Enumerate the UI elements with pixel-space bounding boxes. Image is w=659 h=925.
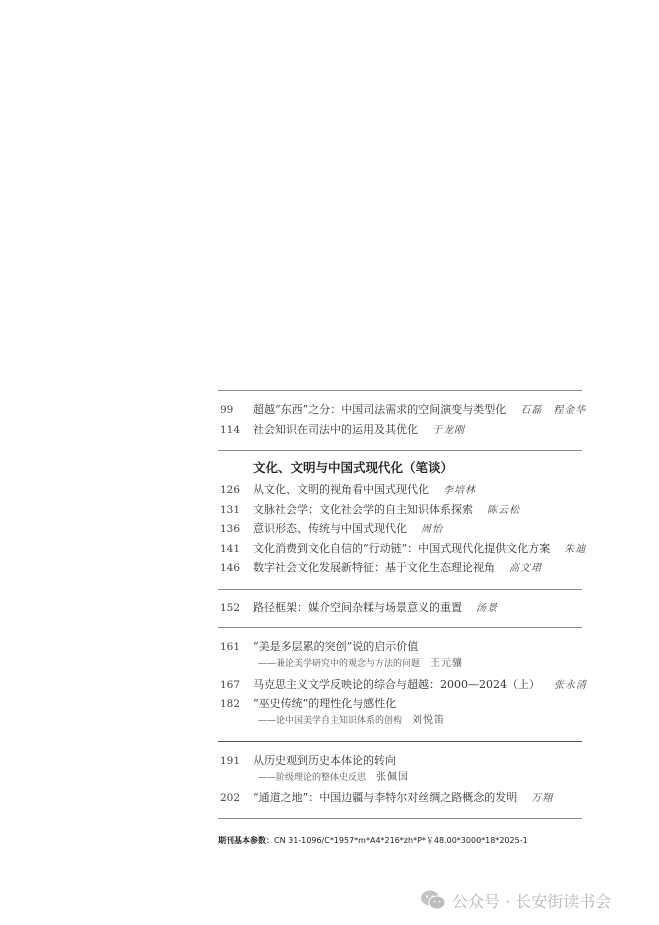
article-subtitle: ——兼论美学研究中的观念与方法的问题 xyxy=(258,659,420,669)
toc-entry: 99 超越“东西”之分：中国司法需求的空间演变与类型化石磊 程金华 xyxy=(218,401,598,419)
article-title: 文化消费到文化自信的“行动链”：中国式现代化提供文化方案 xyxy=(253,542,550,555)
article-title: 马克思主义文学反映论的综合与超越：2000—2024（上） xyxy=(253,678,540,691)
article-subtitle-line: ——阶级理论的整体史反思张佩国 xyxy=(258,770,409,786)
article-author: 于龙刚 xyxy=(432,425,465,436)
toc-entry: 191 从历史观到历史本体论的转向 xyxy=(218,752,598,770)
page-number: 152 xyxy=(220,599,248,617)
article-author: 周怡 xyxy=(421,524,443,535)
page-number: 126 xyxy=(220,481,248,499)
page-number: 131 xyxy=(220,501,248,519)
page-number: 146 xyxy=(220,559,248,577)
article-subtitle-line: ——兼论美学研究中的观念与方法的问题王元骧 xyxy=(258,656,463,672)
article-title: 社会知识在司法中的运用及其优化 xyxy=(253,423,418,436)
article-title: “巫史传统”的理性化与感性化 xyxy=(253,697,396,710)
wechat-icon xyxy=(420,890,446,910)
article-author: 李培林 xyxy=(443,485,476,496)
article-author: 王元骧 xyxy=(430,658,463,669)
article-subtitle-line: ——论中国美学自主知识体系的创构刘悦笛 xyxy=(258,713,445,729)
divider-rule xyxy=(218,741,582,742)
page-number: 167 xyxy=(220,676,248,694)
article-author: 朱迪 xyxy=(564,544,586,555)
article-author: 张永清 xyxy=(554,680,587,691)
article-title: 路径框架：媒介空间杂糅与场景意义的重置 xyxy=(253,601,462,614)
toc-entry: 161 “美是多层累的突创”说的启示价值 xyxy=(218,638,598,656)
toc-entry: 131 文脉社会学：文化社会学的自主知识体系探索陈云松 xyxy=(218,501,598,519)
toc-entry: 136 意识形态、传统与中国式现代化周怡 xyxy=(218,520,598,538)
article-author: 陈云松 xyxy=(487,505,520,516)
journal-params: 期刊基本参数：CN 31-1096/C*1957*m*A4*216*zh*P*￥… xyxy=(218,835,528,846)
page-number: 182 xyxy=(220,695,248,713)
article-author: 张佩国 xyxy=(376,772,409,783)
article-author: 万翔 xyxy=(531,793,553,804)
toc-entry: 146 数字社会文化发展新特征：基于文化生态理论视角高文珺 xyxy=(218,559,598,577)
article-title: “通道之地”：中国边疆与李特尔对丝绸之路概念的发明 xyxy=(253,791,517,804)
article-title: 文脉社会学：文化社会学的自主知识体系探索 xyxy=(253,503,473,516)
toc-entry: 114 社会知识在司法中的运用及其优化于龙刚 xyxy=(218,421,598,439)
article-title: “美是多层累的突创”说的启示价值 xyxy=(253,640,418,653)
article-title: 从文化、文明的视角看中国式现代化 xyxy=(253,483,429,496)
article-author: 刘悦笛 xyxy=(412,715,445,726)
toc-entry: 167 马克思主义文学反映论的综合与超越：2000—2024（上）张永清 xyxy=(218,676,598,694)
wechat-watermark: 公众号 · 长安街读书会 xyxy=(420,888,611,912)
page-number: 141 xyxy=(220,540,248,558)
article-title: 超越“东西”之分：中国司法需求的空间演变与类型化 xyxy=(253,403,506,416)
page-number: 191 xyxy=(220,752,248,770)
article-title: 意识形态、传统与中国式现代化 xyxy=(253,522,407,535)
page-number: 161 xyxy=(220,638,248,656)
toc-entry: 182 “巫史传统”的理性化与感性化 xyxy=(218,695,598,713)
watermark-text: 公众号 · 长安街读书会 xyxy=(452,889,611,912)
article-author: 高文珺 xyxy=(509,563,542,574)
toc-entry: 152 路径框架：媒介空间杂糅与场景意义的重置汤景 xyxy=(218,599,598,617)
page-number: 202 xyxy=(220,789,248,807)
params-value: CN 31-1096/C*1957*m*A4*216*zh*P*￥48.00*3… xyxy=(274,836,528,845)
page-number: 114 xyxy=(220,421,248,439)
article-author: 石磊 程金华 xyxy=(520,405,586,416)
page-number: 99 xyxy=(220,401,248,419)
toc-entry: 126 从文化、文明的视角看中国式现代化李培林 xyxy=(218,481,598,499)
divider-rule xyxy=(218,589,582,590)
article-author: 汤景 xyxy=(476,603,498,614)
divider-rule xyxy=(218,390,582,391)
params-label: 期刊基本参数： xyxy=(218,836,274,845)
divider-rule xyxy=(218,627,582,628)
page-number: 136 xyxy=(220,520,248,538)
section-title: 文化、文明与中国式现代化（笔谈） xyxy=(253,458,453,478)
article-title: 从历史观到历史本体论的转向 xyxy=(253,754,396,767)
article-subtitle: ——阶级理论的整体史反思 xyxy=(258,773,366,783)
divider-rule xyxy=(218,818,582,819)
toc-entry: 141 文化消费到文化自信的“行动链”：中国式现代化提供文化方案朱迪 xyxy=(218,540,598,558)
toc-entry: 202 “通道之地”：中国边疆与李特尔对丝绸之路概念的发明万翔 xyxy=(218,789,598,807)
article-title: 数字社会文化发展新特征：基于文化生态理论视角 xyxy=(253,561,495,574)
divider-rule xyxy=(218,450,582,451)
article-subtitle: ——论中国美学自主知识体系的创构 xyxy=(258,716,402,726)
